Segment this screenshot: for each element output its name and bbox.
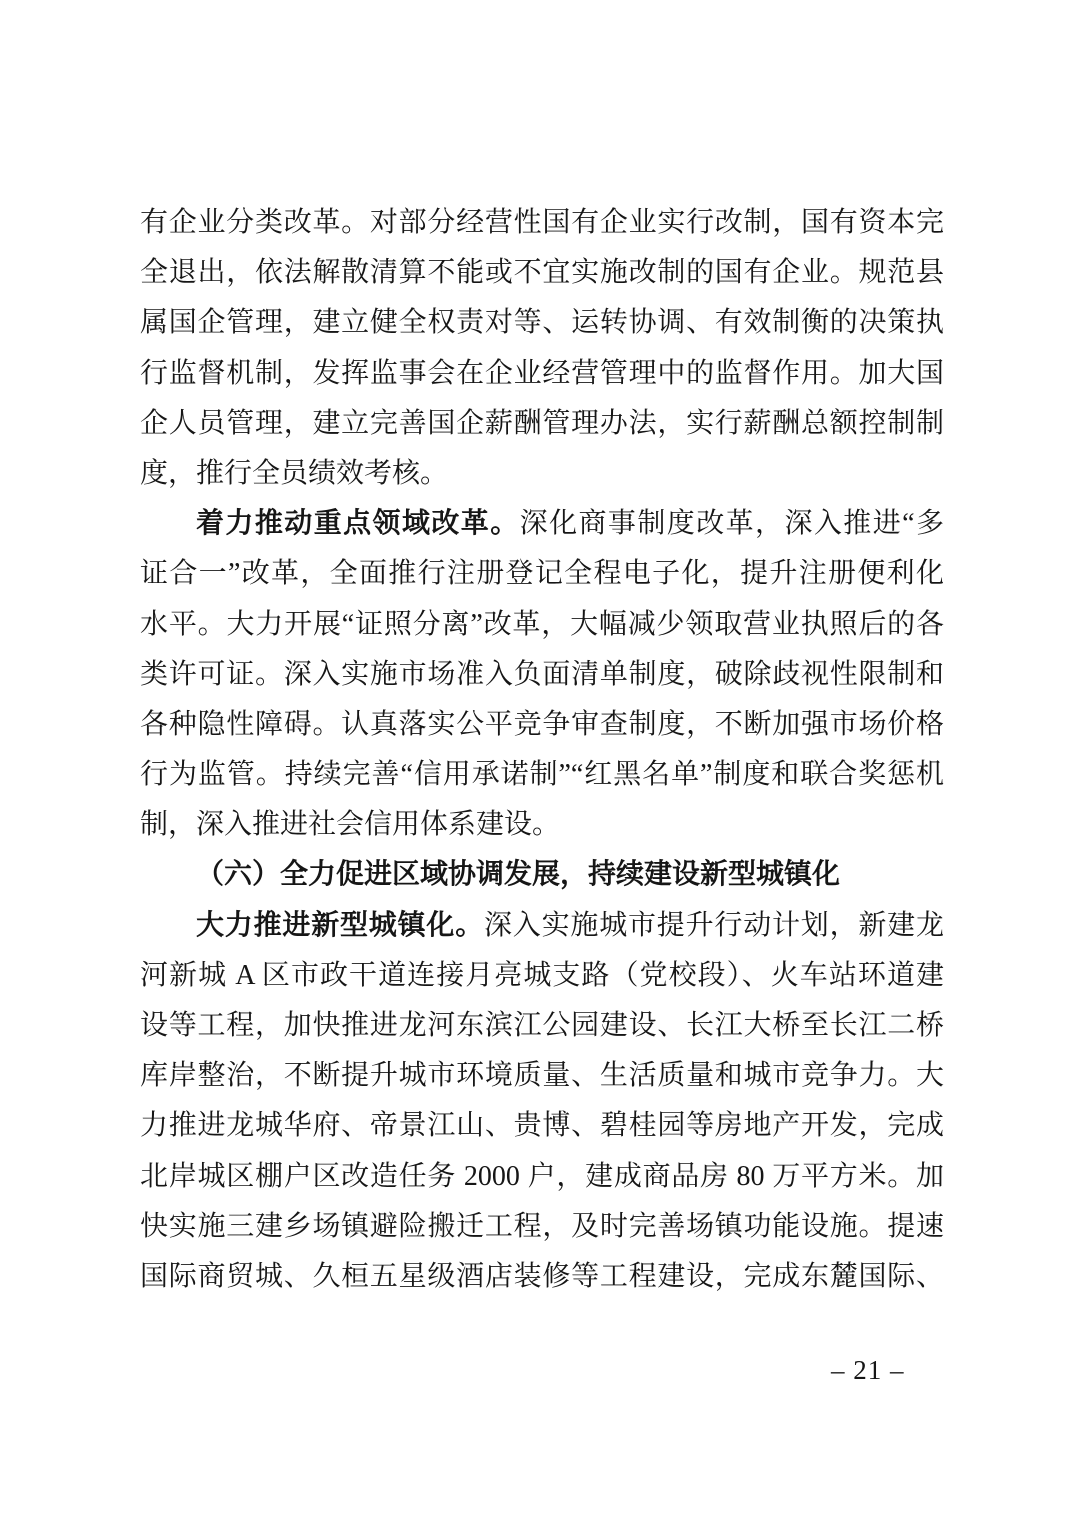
text-line-5: 企人员管理，建立完善国企薪酬管理办法，实行薪酬总额控制制 <box>140 399 944 449</box>
document-page: 有企业分类改革。对部分经营性国有企业实行改制，国有资本完 全退出，依法解散清算不… <box>0 0 1074 1520</box>
text-line-18: 库岸整治，不断提升城市环境质量、生活质量和城市竞争力。大 <box>140 1051 944 1101</box>
text-line-21: 快实施三建乡场镇避险搬迁工程，及时完善场镇功能设施。提速 <box>140 1202 944 1252</box>
section-heading: （六）全力促进区域协调发展，持续建设新型城镇化 <box>140 850 944 900</box>
page-number: – 21 – <box>831 1352 905 1388</box>
text-line-3: 属国企管理，建立健全权责对等、运转协调、有效制衡的决策执 <box>140 298 944 348</box>
text-line-13-paragraph-end: 制，深入推进社会信用体系建设。 <box>140 800 944 850</box>
text-line-11: 各种隐性障碍。认真落实公平竞争审查制度，不断加强市场价格 <box>140 700 944 750</box>
text-line-4: 行监督机制，发挥监事会在企业经营管理中的监督作用。加大国 <box>140 349 944 399</box>
document-body: 有企业分类改革。对部分经营性国有企业实行改制，国有资本完 全退出，依法解散清算不… <box>140 198 944 1302</box>
text-line-19: 力推进龙城华府、帝景江山、贵博、碧桂园等房地产开发，完成 <box>140 1101 944 1151</box>
text-line-10: 类许可证。深入实施市场准入负面清单制度，破除歧视性限制和 <box>140 650 944 700</box>
text-line-12: 行为监管。持续完善“信用承诺制”“红黑名单”制度和联合奖惩机 <box>140 750 944 800</box>
text-line-16: 河新城 A 区市政干道连接月亮城支路（党校段）、火车站环道建 <box>140 951 944 1001</box>
regular-run: 深化商事制度改革，深入推进“多 <box>520 508 944 539</box>
text-line-2: 全退出，依法解散清算不能或不宜实施改制的国有企业。规范县 <box>140 248 944 298</box>
regular-run: 深入实施城市提升行动计划，新建龙 <box>484 910 944 941</box>
text-line-8: 证合一”改革，全面推行注册登记全程电子化，提升注册便利化 <box>140 549 944 599</box>
text-line-9: 水平。大力开展“证照分离”改革，大幅减少领取营业执照后的各 <box>140 600 944 650</box>
text-line-1: 有企业分类改革。对部分经营性国有企业实行改制，国有资本完 <box>140 198 944 248</box>
text-line-17: 设等工程，加快推进龙河东滨江公园建设、长江大桥至长江二桥 <box>140 1001 944 1051</box>
bold-lead-run: 大力推进新型城镇化。 <box>196 910 484 941</box>
text-line-22: 国际商贸城、久桓五星级酒店装修等工程建设，完成东麓国际、 <box>140 1252 944 1302</box>
text-line-7-paragraph-start: 着力推动重点领域改革。深化商事制度改革，深入推进“多 <box>140 499 944 549</box>
text-line-15-paragraph-start: 大力推进新型城镇化。深入实施城市提升行动计划，新建龙 <box>140 901 944 951</box>
text-line-6-paragraph-end: 度，推行全员绩效考核。 <box>140 449 944 499</box>
text-line-20: 北岸城区棚户区改造任务 2000 户，建成商品房 80 万平方米。加 <box>140 1152 944 1202</box>
bold-lead-run: 着力推动重点领域改革。 <box>196 508 520 539</box>
